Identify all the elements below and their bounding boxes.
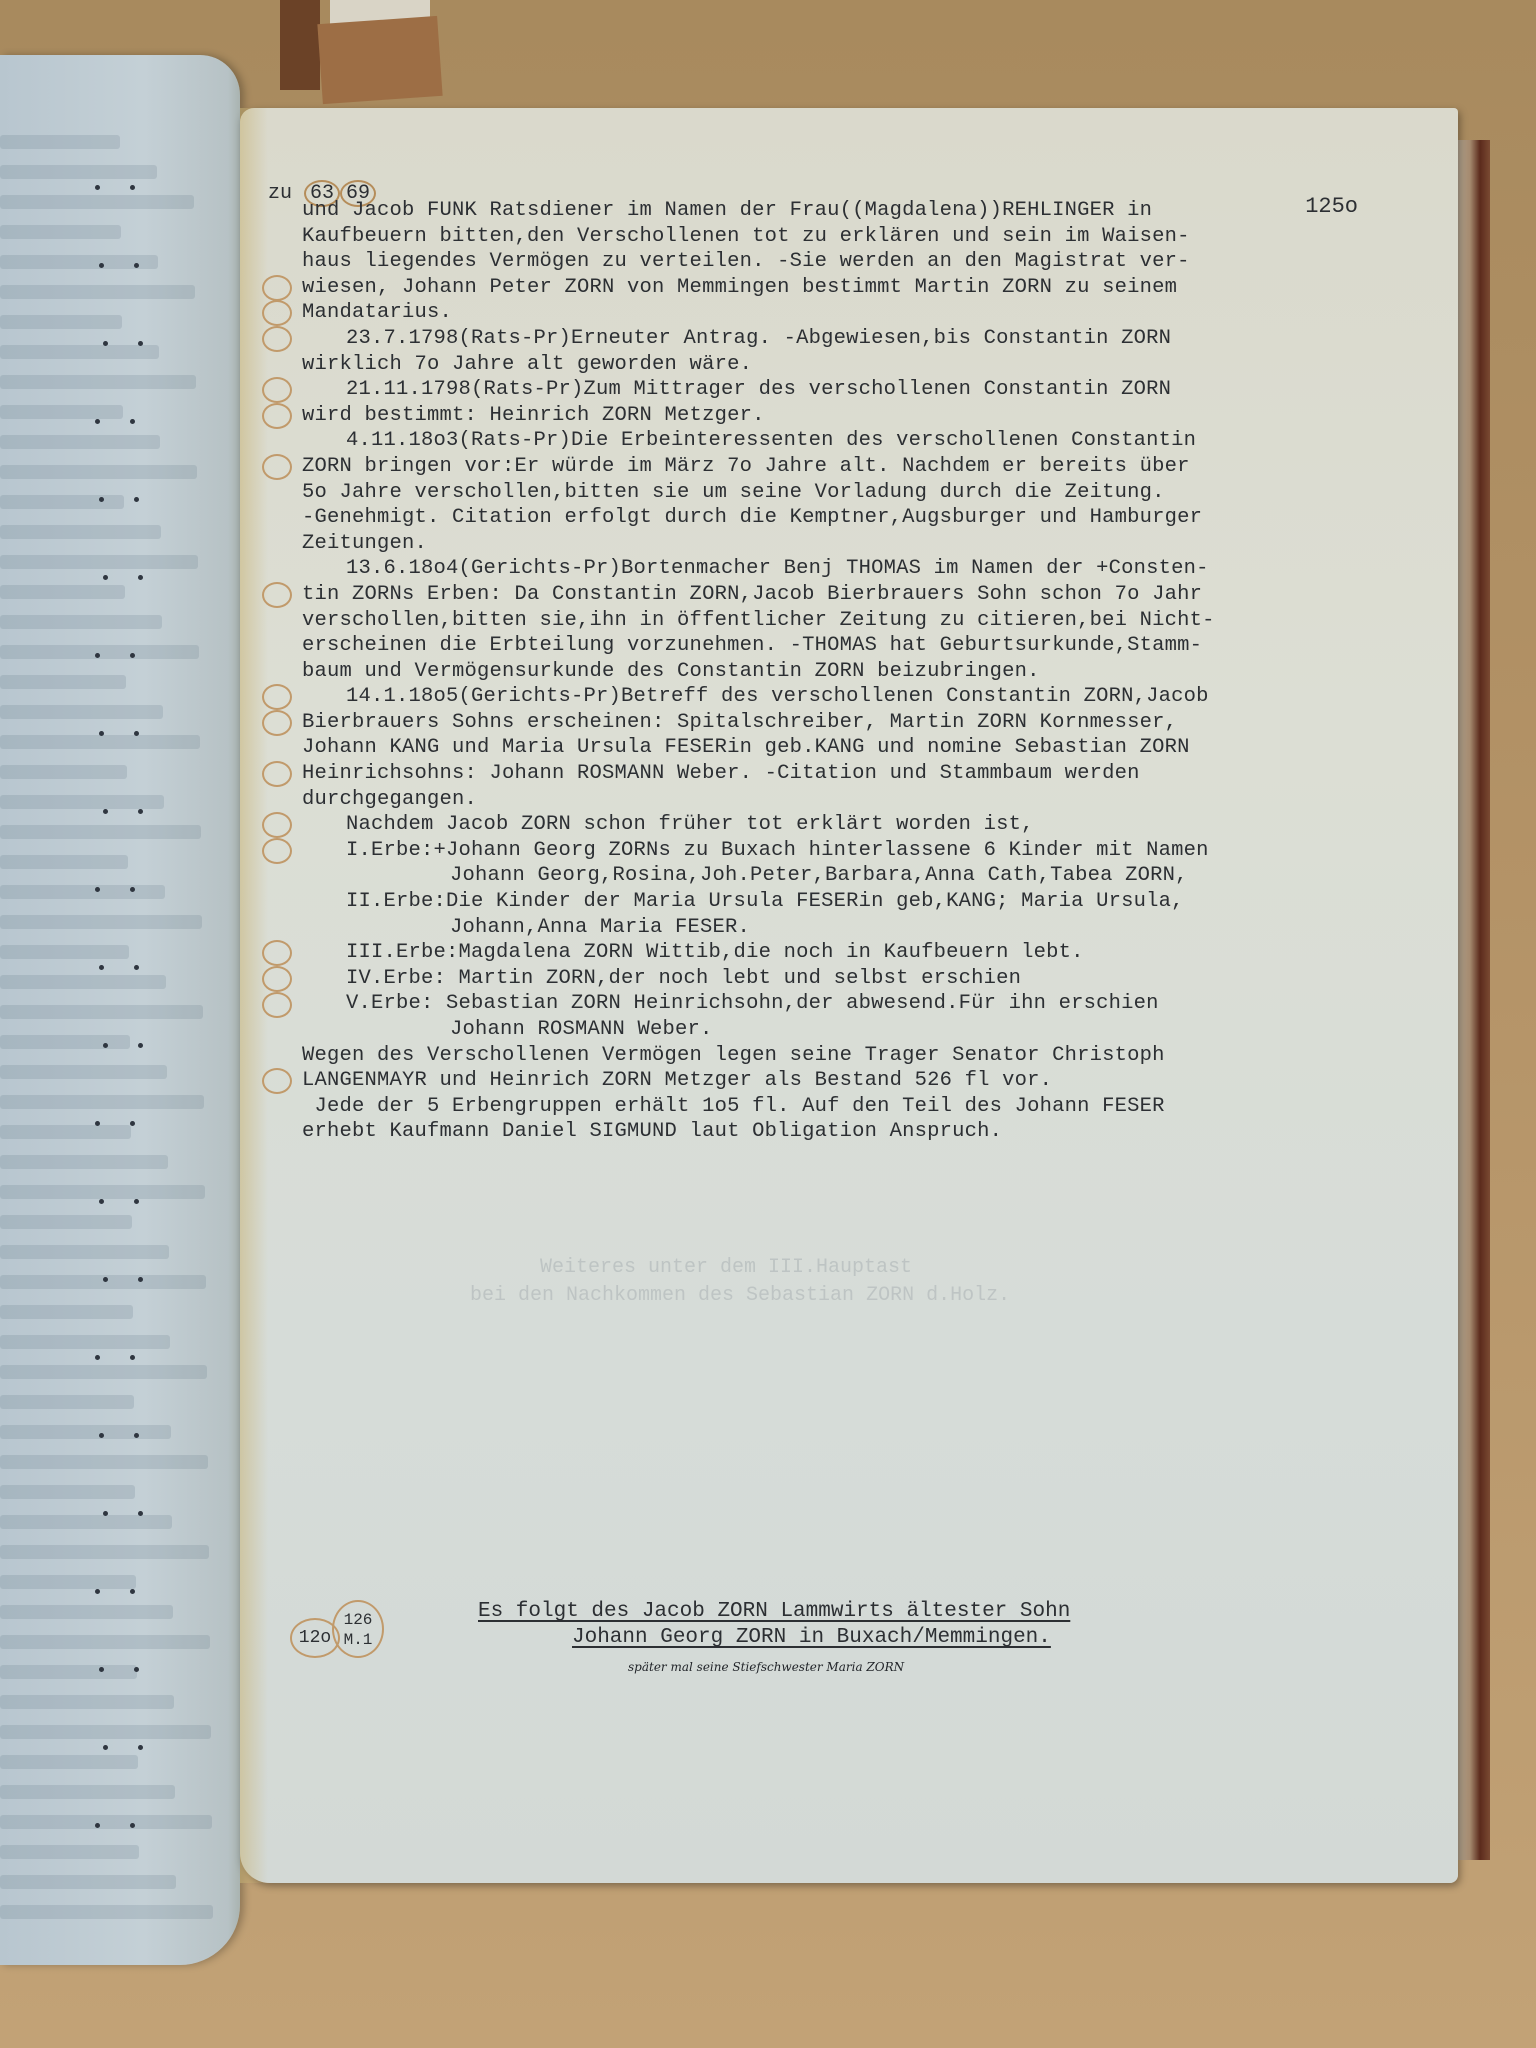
stamp-right-circle: 126 M.1 [332, 1600, 384, 1658]
left-page-dot [130, 653, 135, 658]
left-page-text [0, 735, 200, 749]
left-page-text [0, 855, 128, 869]
left-page-dot [130, 1823, 135, 1828]
bleed-through-2: bei den Nachkommen des Sebastian ZORN d.… [470, 1284, 1010, 1307]
left-page-text [0, 1635, 210, 1649]
margin-annotation-circle [262, 761, 292, 787]
text-line: wird bestimmt: Heinrich ZORN Metzger. [302, 403, 1422, 429]
left-page-text [0, 615, 162, 629]
text-line: und Jacob FUNK Ratsdiener im Namen der F… [302, 198, 1422, 224]
left-page-text [0, 315, 122, 329]
left-page-text [0, 1335, 170, 1349]
left-page-text [0, 1125, 131, 1139]
text-line: wiesen, Johann Peter ZORN von Memmingen … [302, 275, 1422, 301]
left-page-text [0, 1605, 173, 1619]
left-page-text [0, 285, 195, 299]
left-page-dot [95, 185, 100, 190]
margin-annotation-circle [262, 403, 292, 429]
left-page-text [0, 585, 125, 599]
margin-annotation-circle [262, 710, 292, 736]
footer-line-2: Johann Georg ZORN in Buxach/Memmingen. [572, 1626, 1051, 1649]
margin-annotation-circle [262, 684, 292, 710]
left-page-dot [99, 731, 104, 736]
text-line: III.Erbe:Magdalena ZORN Wittib,die noch … [302, 940, 1422, 966]
text-line: baum und Vermögensurkunde des Constantin… [302, 659, 1422, 685]
left-page-dot [95, 1823, 100, 1828]
left-page-dot [134, 263, 139, 268]
text-line: Kaufbeuern bitten,den Verschollenen tot … [302, 224, 1422, 250]
left-page-text [0, 1185, 205, 1199]
left-page-text [0, 705, 163, 719]
index-tabs [300, 0, 450, 110]
left-page-dot [103, 341, 108, 346]
left-page-dot [134, 965, 139, 970]
text-line: Johann Georg,Rosina,Joh.Peter,Barbara,An… [302, 863, 1422, 889]
margin-annotation-circle [262, 940, 292, 966]
left-page-dot [103, 1745, 108, 1750]
left-page-text [0, 975, 166, 989]
left-page-text [0, 1485, 135, 1499]
typed-body: und Jacob FUNK Ratsdiener im Namen der F… [302, 198, 1422, 1145]
left-page-dot [103, 575, 108, 580]
left-page-text [0, 465, 197, 479]
text-line: erscheinen die Erbteilung vorzunehmen. -… [302, 633, 1422, 659]
text-line: ZORN bringen vor:Er würde im März 7o Jah… [302, 454, 1422, 480]
text-line: Mandatarius. [302, 300, 1422, 326]
left-page-text [0, 915, 202, 929]
left-page-dot [138, 1511, 143, 1516]
text-line: 14.1.18o5(Gerichts-Pr)Betreff des versch… [302, 684, 1422, 710]
left-page-dot [134, 731, 139, 736]
left-page-dot [99, 1433, 104, 1438]
left-page-dot [138, 809, 143, 814]
margin-annotation-circle [262, 300, 292, 326]
reference-prefix: zu [268, 182, 292, 205]
document-page: zu 6369 125o und Jacob FUNK Ratsdiener i… [240, 108, 1458, 1883]
left-page-dot [99, 1667, 104, 1672]
text-line: IV.Erbe: Martin ZORN,der noch lebt und s… [302, 966, 1422, 992]
margin-annotation-circle [262, 1068, 292, 1094]
left-page-dot [95, 887, 100, 892]
left-page-dot [134, 1199, 139, 1204]
margin-annotation-circle [262, 966, 292, 992]
margin-annotation-circle [262, 992, 292, 1018]
text-line: Johann ROSMANN Weber. [302, 1017, 1422, 1043]
text-line: 13.6.18o4(Gerichts-Pr)Bortenmacher Benj … [302, 556, 1422, 582]
left-page-text [0, 1065, 167, 1079]
left-page-dot [99, 263, 104, 268]
left-page-dot [103, 1511, 108, 1516]
left-page-dot [95, 653, 100, 658]
left-page-text [0, 1395, 134, 1409]
left-page-text [0, 195, 194, 209]
left-page-text [0, 1695, 174, 1709]
margin-annotation-circle [262, 454, 292, 480]
left-page-dot [95, 1121, 100, 1126]
left-page-dot [138, 575, 143, 580]
left-page-text [0, 1815, 212, 1829]
left-page-dot [130, 887, 135, 892]
left-page-dot [99, 1199, 104, 1204]
left-page-dot [138, 341, 143, 346]
margin-annotation-circle [262, 582, 292, 608]
left-page-text [0, 495, 124, 509]
text-line: Jede der 5 Erbengruppen erhält 1o5 fl. A… [302, 1094, 1422, 1120]
margin-annotation-circle [262, 377, 292, 403]
left-page-dot [138, 1277, 143, 1282]
left-page-dot [134, 1667, 139, 1672]
left-page-text [0, 1215, 132, 1229]
left-page-text [0, 795, 164, 809]
left-page-text [0, 1035, 130, 1049]
left-page-text [0, 165, 157, 179]
left-page-dot [130, 1121, 135, 1126]
left-page-text [0, 1545, 209, 1559]
text-line: LANGENMAYR und Heinrich ZORN Metzger als… [302, 1068, 1422, 1094]
text-line: II.Erbe:Die Kinder der Maria Ursula FESE… [302, 889, 1422, 915]
left-page-dot [99, 965, 104, 970]
left-page-text [0, 1665, 137, 1679]
left-page-dot [130, 1589, 135, 1594]
left-page-text [0, 885, 165, 899]
tab-dark [280, 0, 320, 90]
left-page-text [0, 1155, 168, 1169]
text-line: Johann KANG und Maria Ursula FESERin geb… [302, 735, 1422, 761]
text-line: 23.7.1798(Rats-Pr)Erneuter Antrag. -Abge… [302, 326, 1422, 352]
left-page-dot [134, 1433, 139, 1438]
left-page-text [0, 1245, 169, 1259]
left-page-text [0, 1515, 172, 1529]
left-page-text [0, 945, 129, 959]
text-line: -Genehmigt. Citation erfolgt durch die K… [302, 505, 1422, 531]
left-page-text [0, 1845, 139, 1859]
text-line: Zeitungen. [302, 531, 1422, 557]
text-line: wirklich 7o Jahre alt geworden wäre. [302, 352, 1422, 378]
left-page-text [0, 525, 161, 539]
left-page-text [0, 135, 120, 149]
left-page-dot [130, 419, 135, 424]
left-page-dot [95, 419, 100, 424]
margin-annotation-circle [262, 812, 292, 838]
text-line: durchgegangen. [302, 787, 1422, 813]
left-page-text [0, 1725, 211, 1739]
left-page-text [0, 1905, 213, 1919]
text-line: Johann,Anna Maria FESER. [302, 915, 1422, 941]
left-page-dot [103, 809, 108, 814]
tab-brown [317, 16, 442, 104]
left-page-text [0, 1755, 138, 1769]
text-line: haus liegendes Vermögen zu verteilen. -S… [302, 249, 1422, 275]
margin-annotation-circle [262, 838, 292, 864]
footer-line-1: Es folgt des Jacob ZORN Lammwirts ältest… [478, 1600, 1070, 1623]
text-line: 4.11.18o3(Rats-Pr)Die Erbeinteressenten … [302, 428, 1422, 454]
text-line: tin ZORNs Erben: Da Constantin ZORN,Jaco… [302, 582, 1422, 608]
left-page-text [0, 765, 127, 779]
left-page-text [0, 1305, 133, 1319]
left-page-text [0, 1875, 176, 1889]
margin-annotation-circle [262, 326, 292, 352]
text-line: 5o Jahre verschollen,bitten sie um seine… [302, 480, 1422, 506]
left-page-text [0, 825, 201, 839]
handwritten-note: später mal seine Stiefschwester Maria ZO… [628, 1660, 904, 1674]
left-page-dot [134, 497, 139, 502]
text-line: verschollen,bitten sie,ihn in öffentlich… [302, 608, 1422, 634]
left-page-text [0, 1425, 171, 1439]
left-page-dot [138, 1745, 143, 1750]
left-page-text [0, 675, 126, 689]
left-page-text [0, 555, 198, 569]
left-page-text [0, 435, 160, 449]
left-page-text [0, 1365, 207, 1379]
left-page-text [0, 375, 196, 389]
left-page-dot [95, 1355, 100, 1360]
left-page-dot [95, 1589, 100, 1594]
left-page-text [0, 345, 159, 359]
left-page-dot [103, 1277, 108, 1282]
text-line: Nachdem Jacob ZORN schon früher tot erkl… [302, 812, 1422, 838]
text-line: erhebt Kaufmann Daniel SIGMUND laut Obli… [302, 1119, 1422, 1145]
left-page-text [0, 1455, 208, 1469]
left-page-text [0, 405, 123, 419]
left-page-text [0, 1575, 136, 1589]
stamp-code: M.1 [334, 1630, 382, 1650]
left-page-dot [99, 497, 104, 502]
margin-annotation-circle [262, 275, 292, 301]
text-line: Bierbrauers Sohns erscheinen: Spitalschr… [302, 710, 1422, 736]
left-page-dot [103, 1043, 108, 1048]
text-line: V.Erbe: Sebastian ZORN Heinrichsohn,der … [302, 991, 1422, 1017]
left-page-text [0, 225, 121, 239]
text-line: Heinrichsohns: Johann ROSMANN Weber. -Ci… [302, 761, 1422, 787]
stamp-number: 126 [334, 1610, 382, 1630]
left-page-dot [130, 185, 135, 190]
left-page [0, 55, 240, 1965]
left-page-text [0, 1005, 203, 1019]
text-line: 21.11.1798(Rats-Pr)Zum Mittrager des ver… [302, 377, 1422, 403]
bleed-through-1: Weiteres unter dem III.Hauptast [540, 1256, 912, 1279]
text-line: Wegen des Verschollenen Vermögen legen s… [302, 1043, 1422, 1069]
text-line: I.Erbe:+Johann Georg ZORNs zu Buxach hin… [302, 838, 1422, 864]
left-page-text [0, 1785, 175, 1799]
left-page-dot [130, 1355, 135, 1360]
left-page-dot [138, 1043, 143, 1048]
left-page-text [0, 1095, 204, 1109]
